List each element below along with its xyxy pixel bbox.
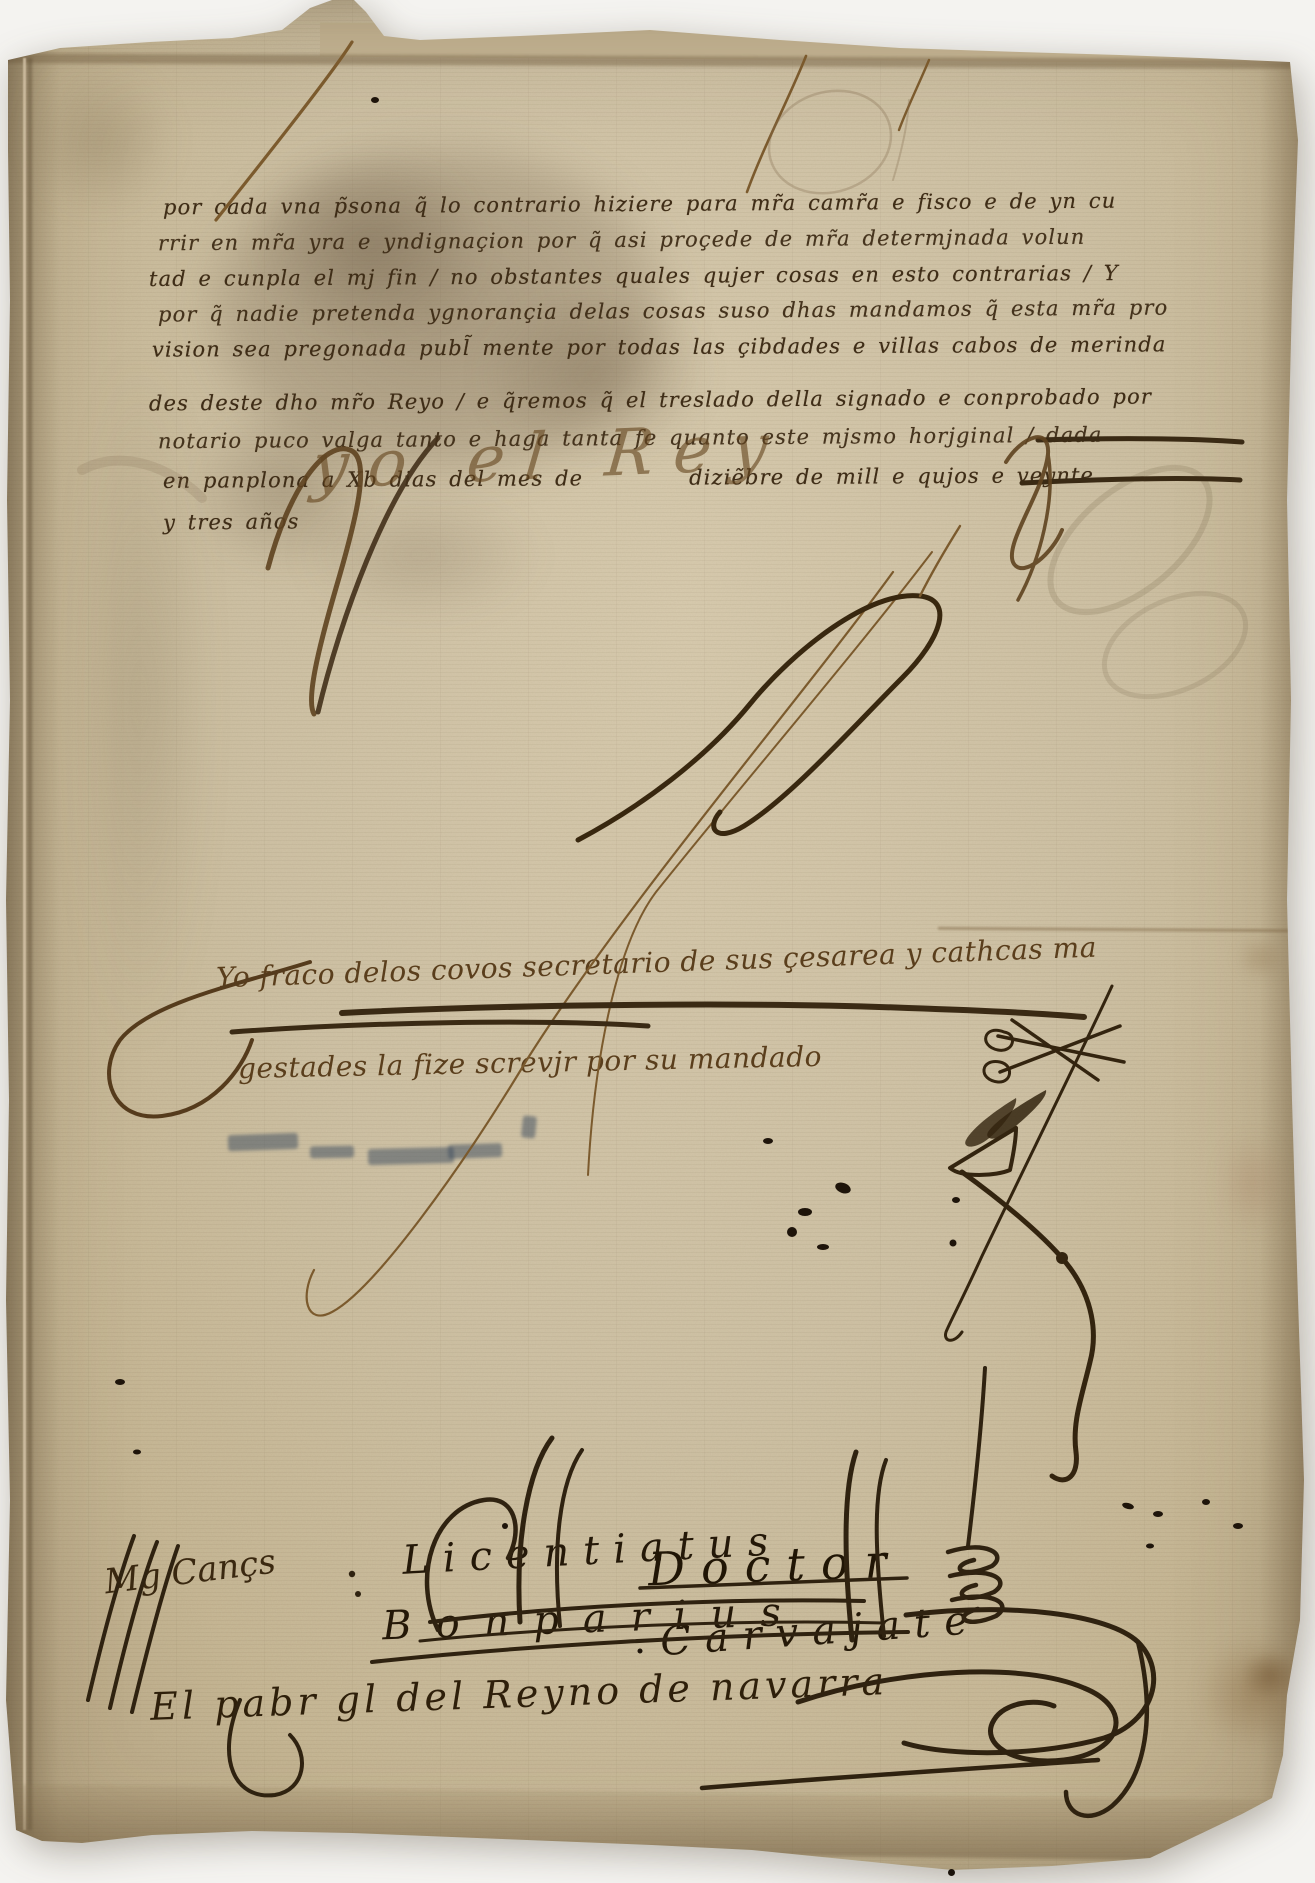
doctor-signature-title: Doctor <box>647 1534 903 1597</box>
background-ink-dot <box>948 1869 955 1876</box>
scanned-manuscript-page: por cada vna p̃sona q̃ lo contrario hizi… <box>0 0 1315 1883</box>
manuscript-line: y tres años <box>163 509 300 534</box>
